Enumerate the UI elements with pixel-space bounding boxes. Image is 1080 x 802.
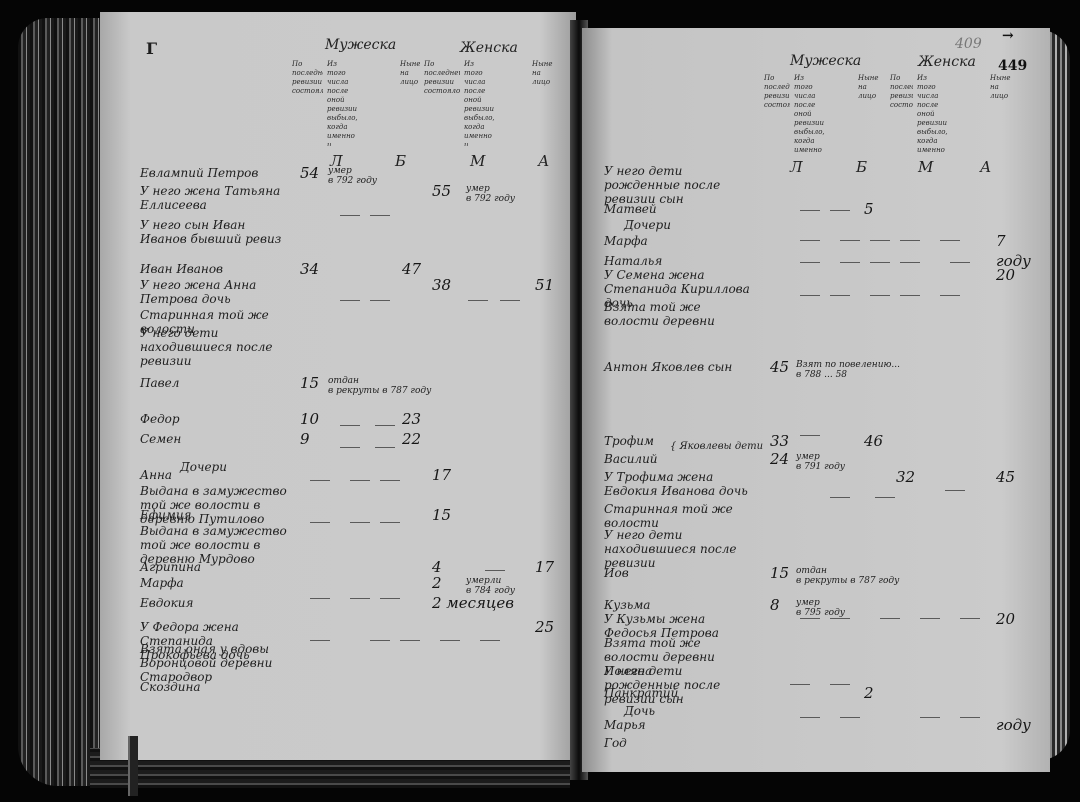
entry-name: Трофим [604,434,654,448]
entry-male-now: 22 [402,430,421,448]
entry-name: Марфа [140,576,184,590]
blank-cell-dash [370,640,390,641]
entry-name: Федор [140,412,180,426]
entry-name: Павел [140,376,179,390]
blank-cell-dash [940,295,960,296]
blank-cell-dash [310,480,330,481]
blank-cell-dash [480,640,500,641]
blank-cell-dash [340,425,360,426]
entry-name: Скоздина [140,680,201,694]
entry-name: Год [604,736,627,750]
entry-female-prev: 17 [432,466,451,484]
corner-mark: Г [146,42,157,56]
blank-cell-dash [340,447,360,448]
entry-name: Матвей [604,202,657,216]
blank-cell-dash [370,215,390,216]
entry-female-now: 45 [996,468,1015,486]
entry-male-note: умер в 795 году [796,598,856,618]
column-letter: М [918,158,933,176]
page-number-ink: 449 [998,58,1027,74]
entry-male-prev: 10 [300,410,319,428]
entry-male-prev: 54 [300,164,319,182]
blank-cell-dash [500,300,520,301]
blank-cell-dash [800,240,820,241]
blank-cell-dash [840,240,860,241]
entry-name: Агрипина [140,560,201,574]
blank-cell-dash [370,300,390,301]
entry-male-prev: 8 [770,596,780,614]
column-letter: Б [395,152,406,170]
entry-female-prev: 2 месяцев [432,594,514,612]
column-header: По последней ревизии состояло [292,60,323,146]
blank-cell-dash [440,640,460,641]
blank-cell-dash [920,717,940,718]
blank-cell-dash [350,522,370,523]
entry-female-now: 17 [535,558,554,576]
entry-male-now: 5 [864,200,874,218]
column-header: Ныне на лицо [400,60,420,146]
entry-female-prev: 38 [432,276,451,294]
blank-cell-dash [900,262,920,263]
blank-cell-dash [790,684,810,685]
entry-name: Марья [604,718,646,732]
blank-cell-dash [310,598,330,599]
entry-male-note: отдан в рекруты в 787 году [796,566,856,586]
blank-cell-dash [800,210,820,211]
entry-name: У него жена Татьяна Еллисеева [140,184,290,212]
blank-cell-dash [485,570,505,571]
entry-female-now: 7 [996,232,1006,250]
entry-female-now: 20 [996,610,1015,628]
arrow-mark: → [1002,28,1014,44]
entry-female-now: 20 [996,266,1015,284]
entry-name: Взята той же волости деревни [604,300,754,328]
book-clasp [128,736,138,796]
entry-name: Евлампий Петров [140,166,258,180]
blank-cell-dash [940,240,960,241]
entry-name: Семен [140,432,181,446]
blank-cell-dash [875,497,895,498]
blank-cell-dash [960,717,980,718]
entry-name: Дочери [180,460,227,474]
column-header: Ныне на лицо [858,74,886,156]
entry-name: У него дети рожденные после ревизии сын [604,164,754,206]
blank-cell-dash [880,618,900,619]
entry-name: Василий [604,452,658,466]
blank-cell-dash [840,262,860,263]
entry-male-prev: 9 [300,430,310,448]
column-header: Из того числа после оной ревизии выбыло,… [464,60,528,146]
entry-name: Иван Иванов [140,262,223,276]
entry-female-note: умерли в 784 году [466,576,530,596]
blank-cell-dash [900,295,920,296]
entry-name: Евдокия [140,596,193,610]
blank-cell-dash [380,598,400,599]
entry-male-note: Взят по повелению... в 788 ... 58 [796,360,856,380]
entry-name: Антон Яковлев сын [604,360,732,374]
entry-female-now: 51 [535,276,554,294]
blank-cell-dash [310,522,330,523]
column-header: Из того числа после оной ревизии выбыло,… [794,74,854,156]
group-header-female: Женска [460,40,518,56]
entry-male-note: умер в 792 году [328,166,392,186]
entry-male-note: отдан в рекруты в 787 году [328,376,392,396]
blank-cell-dash [310,640,330,641]
entry-male-now: 23 [402,410,421,428]
blank-cell-dash [340,300,360,301]
blank-cell-dash [800,295,820,296]
entry-name: Наталья [604,254,662,268]
entry-male-prev: 45 [770,358,789,376]
blank-cell-dash [400,640,420,641]
blank-cell-dash [380,522,400,523]
column-header: По последней ревизии состояло [764,74,790,156]
entry-female-now: году [996,716,1031,734]
blank-cell-dash [380,480,400,481]
blank-cell-dash [830,210,850,211]
entry-female-prev: 15 [432,506,451,524]
blank-cell-dash [950,262,970,263]
group-header-male: Мужеска [790,53,861,69]
entry-female-prev: 2 [432,574,442,592]
entry-name: Ефимия [140,508,192,522]
column-letter: М [470,152,485,170]
blank-cell-dash [350,480,370,481]
entry-name: У него жена Анна Петрова дочь [140,278,290,306]
entry-male-prev: 15 [770,564,789,582]
blank-cell-dash [870,262,890,263]
entry-male-prev: 15 [300,374,319,392]
entry-name: Анна [140,468,172,482]
blank-cell-dash [840,717,860,718]
entry-name: У него дети находившиеся после ревизии [604,528,754,570]
entry-male-note: умер в 791 году [796,452,856,472]
column-header: Ныне на лицо [532,60,554,146]
blank-cell-dash [375,425,395,426]
entry-name: Иов [604,566,629,580]
entry-name: Дочь [624,704,655,718]
entry-male-now: 47 [402,260,421,278]
column-header: Из того числа после оной ревизии выбыло,… [917,74,986,156]
entry-name: У него дети находившиеся после ревизии [140,326,290,368]
entry-name: Панкратий [604,686,678,700]
blank-cell-dash [350,598,370,599]
blank-cell-dash [800,262,820,263]
entry-female-prev: 55 [432,182,451,200]
blank-cell-dash [468,300,488,301]
entry-female-note: умер в 792 году [466,184,530,204]
blank-cell-dash [830,295,850,296]
blank-cell-dash [830,497,850,498]
blank-cell-dash [870,240,890,241]
entry-male-now: 2 [864,684,874,702]
column-header: По последней ревизии состояло [890,74,913,156]
entry-female-now: 25 [535,618,554,636]
entry-name: У Трофима жена Евдокия Иванова дочь [604,470,754,498]
column-letter: Л [790,158,803,176]
entry-name: Марфа [604,234,648,248]
entry-female-prev: 32 [896,468,915,486]
column-header: По последней ревизии состояло [424,60,460,146]
column-header: Ныне на лицо [990,74,1020,156]
entry-name: Кузьма [604,598,650,612]
blank-cell-dash [830,618,850,619]
entry-name: У него сын Иван Иванов бывший ревиз [140,218,290,246]
column-letter: Б [856,158,867,176]
blank-cell-dash [800,435,820,436]
entry-group-note: { Яковлевы дети [670,440,763,454]
entry-name: Старинная той же волости [604,502,754,530]
column-letter: А [538,152,549,170]
page-number-pencil: 409 [955,36,982,52]
blank-cell-dash [960,618,980,619]
blank-cell-dash [900,240,920,241]
blank-cell-dash [920,618,940,619]
blank-cell-dash [870,295,890,296]
entry-male-prev: 24 [770,450,789,468]
group-header-male: Мужеска [325,37,396,53]
blank-cell-dash [830,684,850,685]
blank-cell-dash [945,490,965,491]
entry-name: Взята оная у вдовы Воронцовой деревни Ст… [140,642,290,684]
blank-cell-dash [340,215,360,216]
blank-cell-dash [800,717,820,718]
entry-male-prev: 33 [770,432,789,450]
group-header-female: Женска [918,54,976,70]
entry-name: Дочери [624,218,671,232]
column-letter: А [980,158,991,176]
column-header: Из того числа после оной ревизии выбыло,… [327,60,396,146]
entry-male-now: 46 [864,432,883,450]
blank-cell-dash [800,618,820,619]
entry-male-prev: 34 [300,260,319,278]
blank-cell-dash [375,447,395,448]
